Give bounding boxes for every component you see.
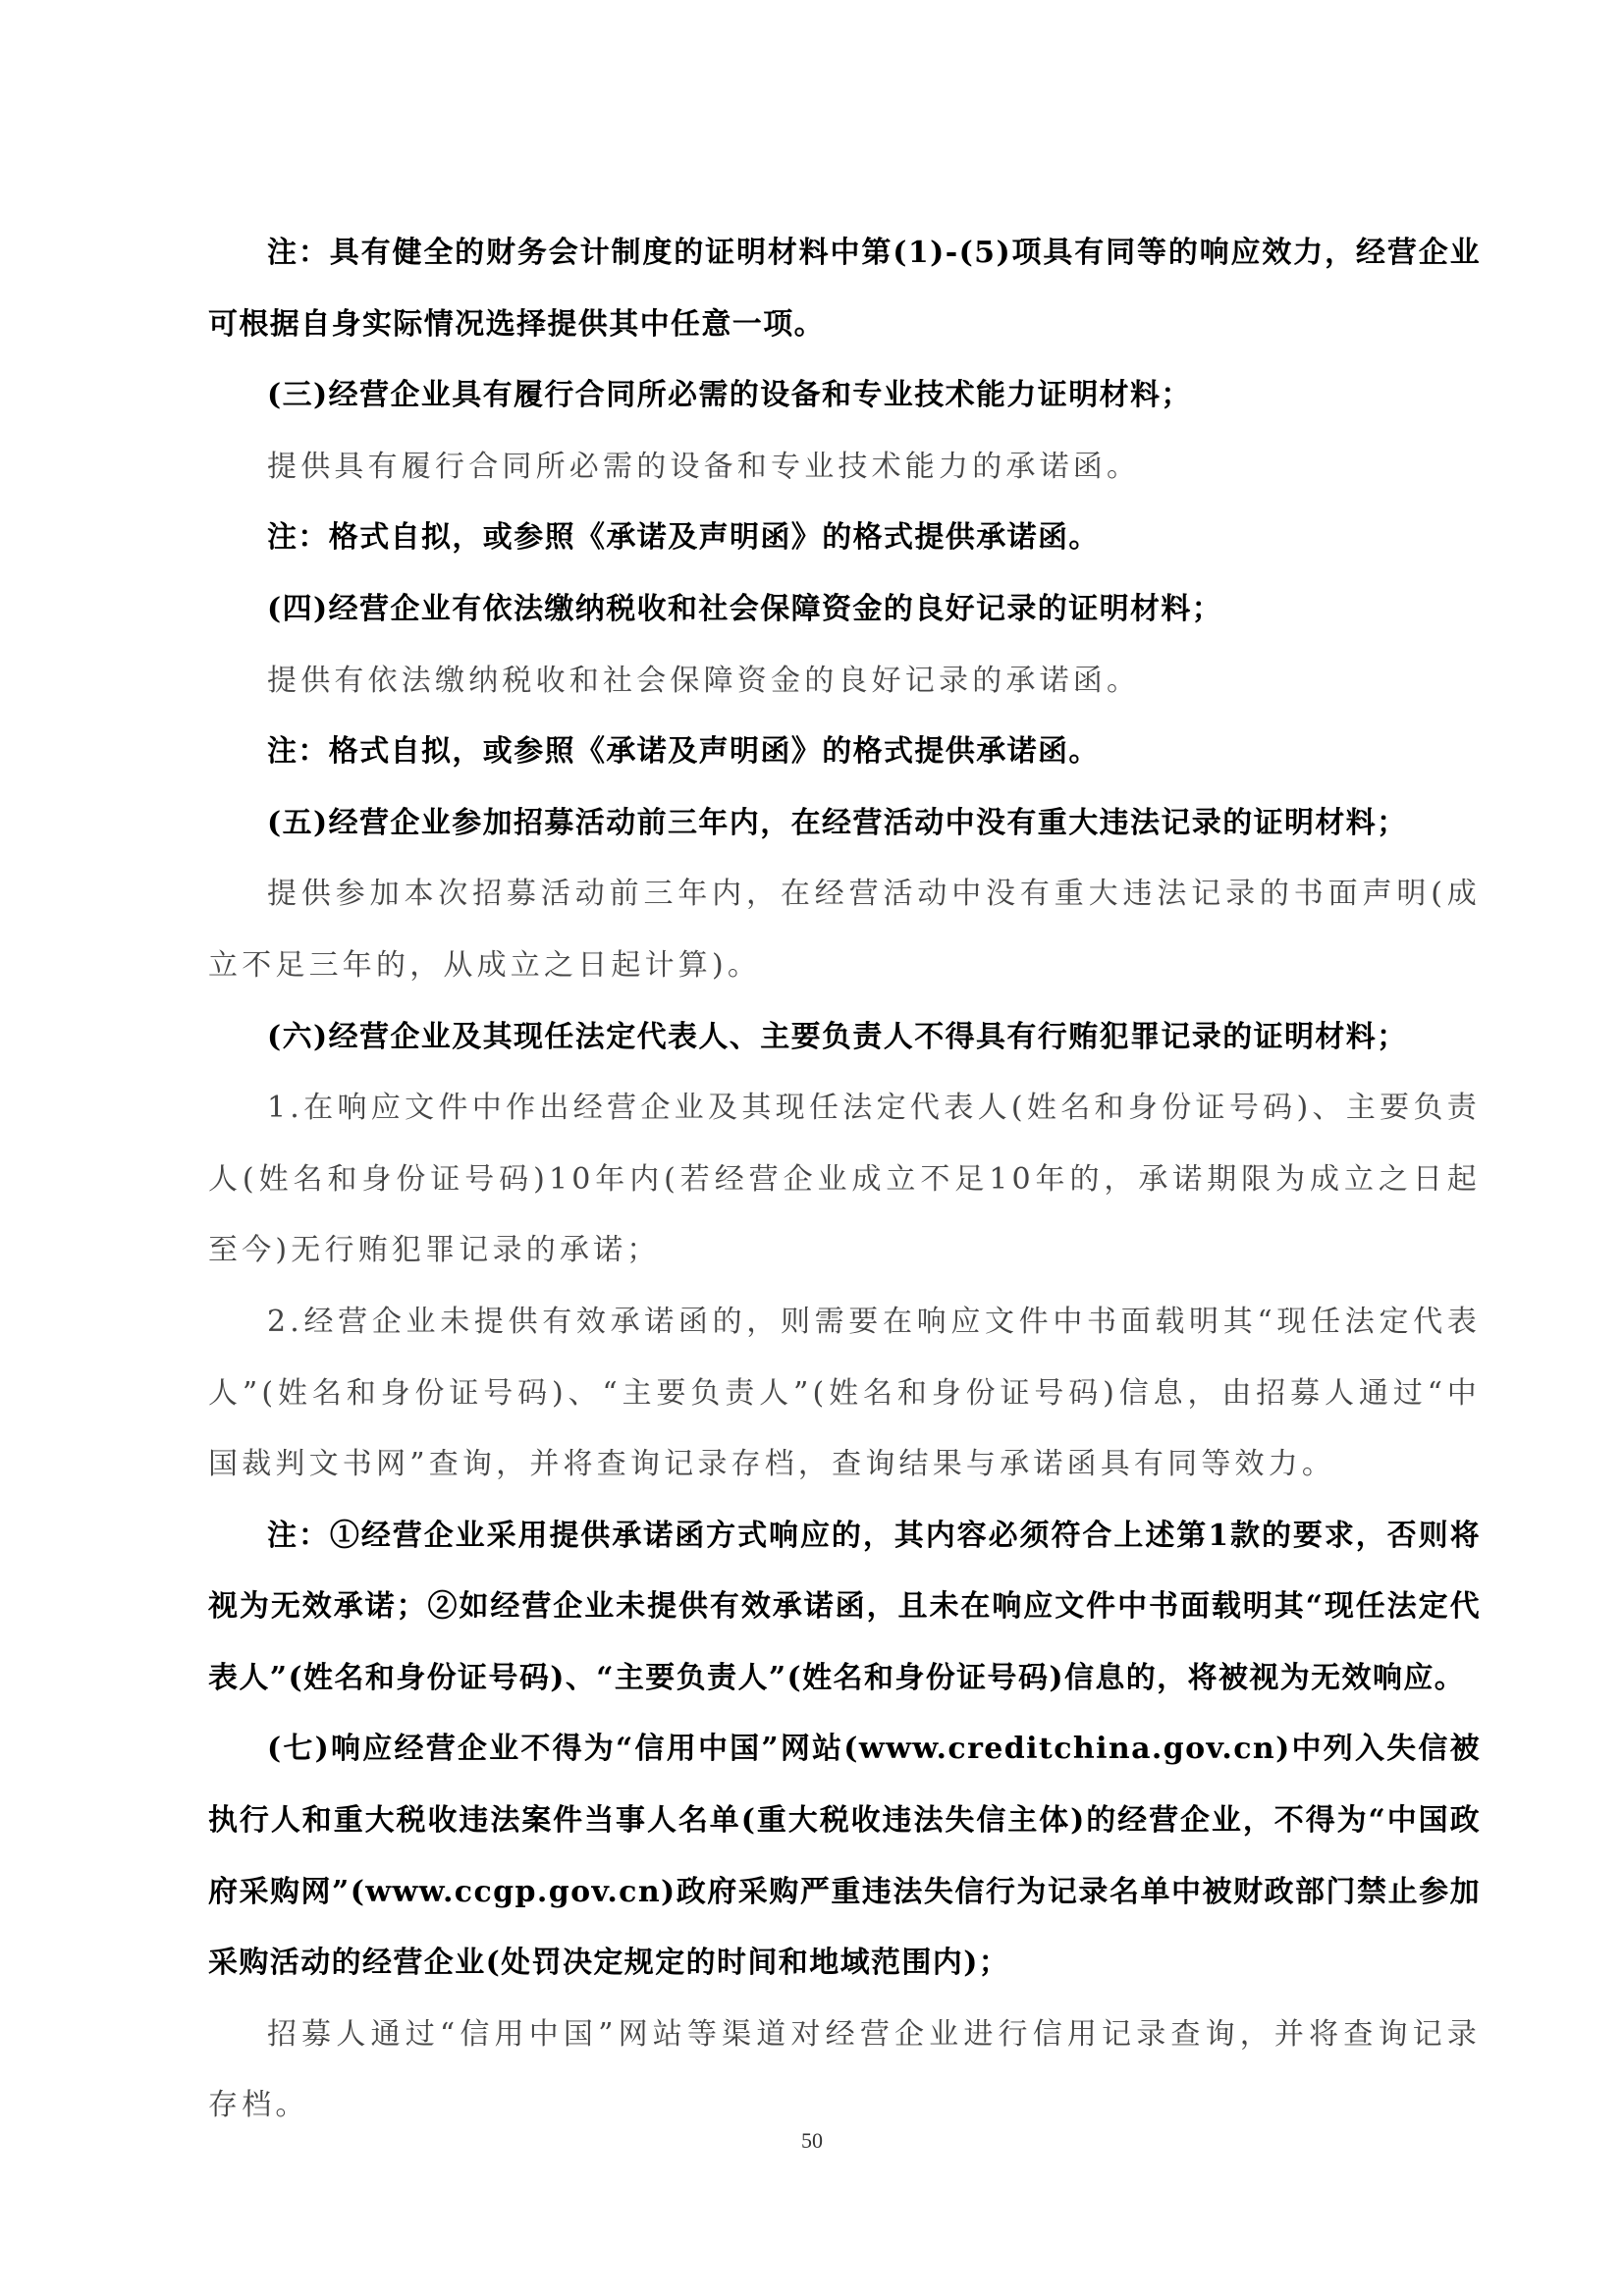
section-7-heading: (七)响应经营企业不得为“信用中国”网站(www.creditchina.gov… xyxy=(208,1714,1481,1999)
section-6-item-2: 2.经营企业未提供有效承诺函的，则需要在响应文件中书面载明其“现任法定代表人”(… xyxy=(208,1287,1481,1501)
note-financial-proof: 注：具有健全的财务会计制度的证明材料中第(1)-(5)项具有同等的响应效力，经营… xyxy=(208,218,1481,360)
section-6-item-1: 1.在响应文件中作出经营企业及其现任法定代表人(姓名和身份证号码)、主要负责人(… xyxy=(208,1073,1481,1287)
section-5-heading: (五)经营企业参加招募活动前三年内，在经营活动中没有重大违法记录的证明材料； xyxy=(208,788,1481,860)
section-4-note: 注：格式自拟，或参照《承诺及声明函》的格式提供承诺函。 xyxy=(208,717,1481,788)
document-body: 注：具有健全的财务会计制度的证明材料中第(1)-(5)项具有同等的响应效力，经营… xyxy=(208,218,1481,2142)
section-3-heading: (三)经营企业具有履行合同所必需的设备和专业技术能力证明材料； xyxy=(208,360,1481,432)
section-4-requirement: 提供有依法缴纳税收和社会保障资金的良好记录的承诺函。 xyxy=(208,646,1481,718)
section-3-note: 注：格式自拟，或参照《承诺及声明函》的格式提供承诺函。 xyxy=(208,503,1481,574)
section-5-requirement: 提供参加本次招募活动前三年内，在经营活动中没有重大违法记录的书面声明(成立不足三… xyxy=(208,859,1481,1001)
document-page: 注：具有健全的财务会计制度的证明材料中第(1)-(5)项具有同等的响应效力，经营… xyxy=(0,0,1624,2296)
section-6-note: 注：①经营企业采用提供承诺函方式响应的，其内容必须符合上述第1款的要求，否则将视… xyxy=(208,1501,1481,1715)
section-4-heading: (四)经营企业有依法缴纳税收和社会保障资金的良好记录的证明材料； xyxy=(208,574,1481,646)
section-7-requirement: 招募人通过“信用中国”网站等渠道对经营企业进行信用记录查询，并将查询记录存档。 xyxy=(208,2000,1481,2142)
section-3-requirement: 提供具有履行合同所必需的设备和专业技术能力的承诺函。 xyxy=(208,432,1481,504)
section-6-heading: (六)经营企业及其现任法定代表人、主要负责人不得具有行贿犯罪记录的证明材料； xyxy=(208,1002,1481,1074)
page-number: 50 xyxy=(0,2128,1624,2154)
